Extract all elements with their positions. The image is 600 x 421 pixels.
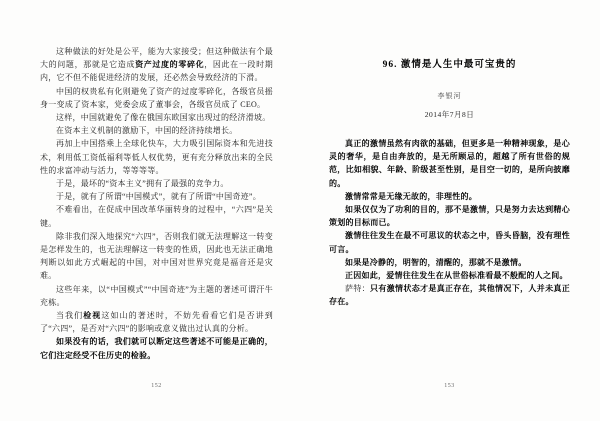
paragraph: 中国的权贵私有化则避免了资产的过度零碎化，各级官员摇身一变成了资本家，党委会成了… bbox=[40, 85, 273, 111]
left-page-body: 这种做法的好处是公平，能为大家接受；但这种做法有个最大的问题，那就是它造成资产过… bbox=[40, 0, 273, 362]
paragraph: 如果仅仅为了功利的目的，那不是激情，只是努力去达到精心策划的目标而已。 bbox=[329, 203, 570, 229]
text-segment: 激情往往发生在最不可思议的状态之中，昏头昏脑，没有理性可言。 bbox=[329, 231, 570, 253]
essay-title: 96. 激情是人生中最可宝贵的 bbox=[329, 56, 570, 70]
text-segment: 如果仅仅为了功利的目的，那不是激情，只是努力去达到精心策划的目标而已。 bbox=[329, 205, 570, 227]
paragraph: 在资本主义机制的激励下，中国的经济持续增长。 bbox=[40, 124, 273, 137]
paragraph: 这些年来，以“中国模式”“中国奇迹”为主题的著述可谓汗牛充栋。 bbox=[40, 283, 273, 309]
text-segment: 检视 bbox=[83, 311, 101, 320]
text-segment: 如果没有的话，我们就可以断定这些著述不可能是正确的，它们注定经受不住历史的检验。 bbox=[40, 337, 273, 359]
text-segment: 于是，就有了所谓“中国模式”，就有了所谓“中国奇迹”。 bbox=[56, 192, 261, 201]
paragraph: 于是，最坏的“资本主义”拥有了最强的竞争力。 bbox=[40, 177, 273, 190]
left-page: 这种做法的好处是公平，能为大家接受；但这种做法有个最大的问题，那就是它造成资产过… bbox=[40, 0, 273, 421]
paragraph: 除非我们深入地探究“六四”，否则我们就无法理解这一转变是怎样发生的，也无法理解这… bbox=[40, 230, 273, 283]
text-segment: 中国的权贵私有化则避免了资产的过度零碎化，各级官员摇身一变成了资本家，党委会成了… bbox=[40, 87, 273, 109]
paragraph: 不难看出，在促成中国改革华丽转身的过程中，“六四”是关键。 bbox=[40, 203, 273, 229]
left-page-number: 152 bbox=[40, 383, 273, 389]
right-page-body: 真正的激情虽然有肉欲的基础，但更多是一种精神现象，是心灵的奢华，是自由奔放的，是… bbox=[329, 137, 570, 309]
text-segment: 于是，最坏的“资本主义”拥有了最强的竞争力。 bbox=[56, 179, 229, 188]
paragraph: 如果没有的话，我们就可以断定这些著述不可能是正确的，它们注定经受不住历史的检验。 bbox=[40, 335, 273, 361]
paragraph: 萨特：只有激情状态才是真正存在，其他情况下，人并未真正存在。 bbox=[329, 282, 570, 308]
paragraph: 激情往往发生在最不可思议的状态之中，昏头昏脑，没有理性可言。 bbox=[329, 229, 570, 255]
text-segment: 正因如此，爱情往往发生在从世俗标准看最不般配的人之间。 bbox=[345, 271, 568, 280]
text-segment: 如果是冷静的，明智的，清醒的，那就不是激情。 bbox=[345, 258, 527, 267]
text-segment: 资产过度的零碎化 bbox=[135, 60, 204, 69]
paragraph: 如果是冷静的，明智的，清醒的，那就不是激情。 bbox=[329, 256, 570, 269]
text-segment: 除非我们深入地探究“六四”，否则我们就无法理解这一转变是怎样发生的，也无法理解这… bbox=[40, 232, 273, 281]
book-spread-scan: 这种做法的好处是公平，能为大家接受；但这种做法有个最大的问题，那就是它造成资产过… bbox=[0, 0, 600, 421]
paragraph: 真正的激情虽然有肉欲的基础，但更多是一种精神现象，是心灵的奢华，是自由奔放的，是… bbox=[329, 137, 570, 190]
text-segment: 再加上中国搭乘上全球化快车，大力吸引国际资本和先进技术，利用低工资低福利等低人权… bbox=[40, 139, 273, 174]
text-segment: 在资本主义机制的激励下，中国的经济持续增长。 bbox=[56, 126, 238, 135]
text-segment: 不难看出，在促成中国改革华丽转身的过程中，“六四”是关键。 bbox=[40, 205, 273, 227]
text-segment: 这些年来，以“中国模式”“中国奇迹”为主题的著述可谓汗牛充栋。 bbox=[40, 285, 273, 307]
paragraph: 激情常常是无缘无故的，非理性的。 bbox=[329, 190, 570, 203]
right-page-number: 153 bbox=[329, 383, 570, 389]
text-segment: 萨特： bbox=[345, 284, 370, 293]
text-segment: 当我们 bbox=[56, 311, 83, 320]
essay-date: 2014年7月8日 bbox=[329, 109, 570, 120]
paragraph: 再加上中国搭乘上全球化快车，大力吸引国际资本和先进技术，利用低工资低福利等低人权… bbox=[40, 137, 273, 177]
paragraph: 正因如此，爱情往往发生在从世俗标准看最不般配的人之间。 bbox=[329, 269, 570, 282]
essay-author: 李银河 bbox=[329, 91, 570, 101]
paragraph: 当我们检视这如山的著述时，不妨先看看它们是否讲到了“六四”，是否对“六四”的影响… bbox=[40, 309, 273, 335]
paragraph: 于是，就有了所谓“中国模式”，就有了所谓“中国奇迹”。 bbox=[40, 190, 273, 203]
text-segment: 激情常常是无缘无故的，非理性的。 bbox=[345, 192, 477, 201]
right-page: 96. 激情是人生中最可宝贵的 李银河 2014年7月8日 真正的激情虽然有肉欲… bbox=[329, 0, 570, 421]
paragraph: 这种做法的好处是公平，能为大家接受；但这种做法有个最大的问题，那就是它造成资产过… bbox=[40, 45, 273, 85]
text-segment: 这样，中国就避免了像在俄国东欧国家出现过的经济滑坡。 bbox=[56, 113, 271, 122]
paragraph: 这样，中国就避免了像在俄国东欧国家出现过的经济滑坡。 bbox=[40, 111, 273, 124]
text-segment: 真正的激情虽然有肉欲的基础，但更多是一种精神现象，是心灵的奢华，是自由奔放的，是… bbox=[329, 139, 570, 188]
